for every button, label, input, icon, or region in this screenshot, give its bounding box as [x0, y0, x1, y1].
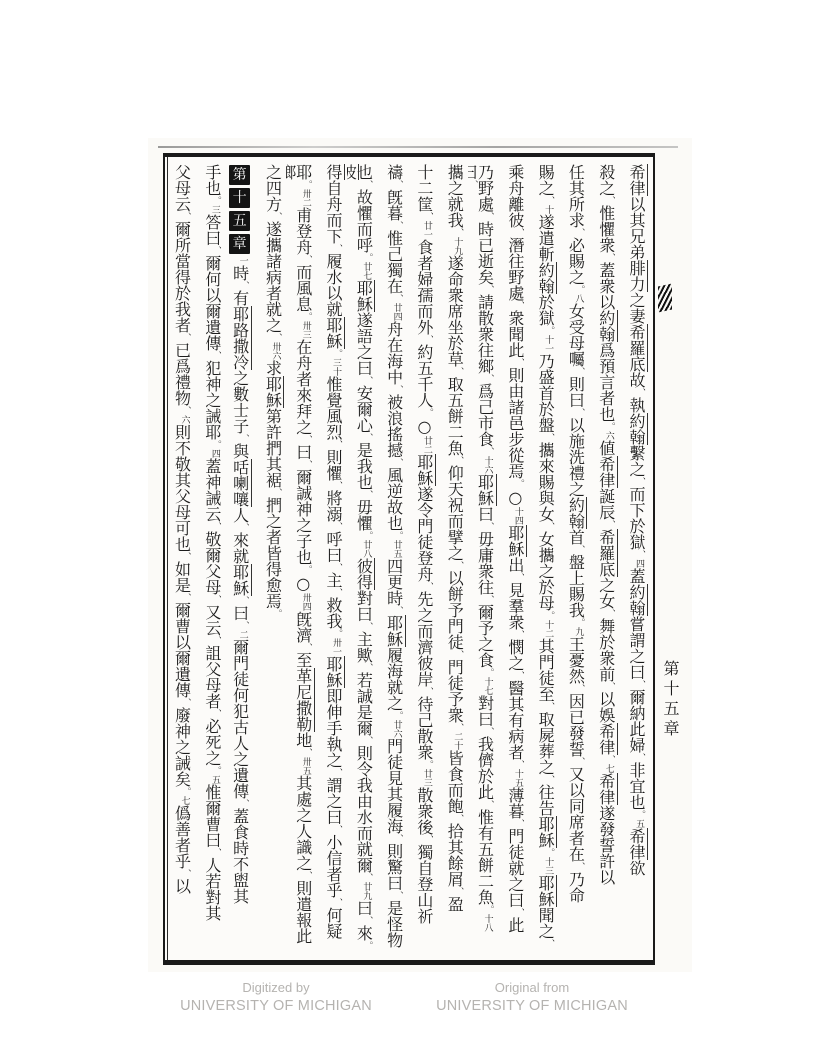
original-from-institution: UNIVERSITY OF MICHIGAN: [432, 998, 632, 1014]
text-column: 父母云、爾所當得於我者、已爲禮物、六則不敬其父母可也、如是、爾曹以爾遺傳、廢神之…: [165, 164, 195, 953]
chapter-heading-char: 五: [229, 211, 250, 231]
chapter-heading-char: 章: [229, 234, 250, 254]
text-column: 禱、旣暮、惟己獨在、廿四舟在海中、被浪搖撼、風逆故也。廿五四更時、耶穌履海就之。…: [377, 164, 407, 953]
text-column: 乃野處、時已逝矣、請散衆往鄉、爲己市食、十六耶穌曰、毋庸衆往、爾予之食。十七對曰…: [468, 164, 498, 953]
digitized-by-caption: Digitized by UNIVERSITY OF MICHIGAN: [176, 980, 376, 1014]
chapter-heading-char: 第: [229, 165, 250, 185]
text-column: 得自舟而下、履水以就耶穌。三十惟覺風烈、則懼、將溺、呼曰、主、救我。卅一耶穌即伸…: [317, 164, 347, 953]
digitized-by-institution: UNIVERSITY OF MICHIGAN: [176, 998, 376, 1014]
original-from-caption: Original from UNIVERSITY OF MICHIGAN: [432, 980, 632, 1014]
text-column: 賜之、十遂遣斬約翰於獄。十一乃盛首於盤、攜來賜與女、女攜之於母。十二其門徒至、取…: [529, 164, 559, 953]
text-column: 之四方、遂攜諸病者就之、卅六求耶穌第許捫其裾、捫之者皆得愈焉。: [256, 164, 286, 953]
original-from-line: Original from: [432, 980, 632, 995]
scan-edge-artifact: [158, 146, 678, 148]
text-column: 攜之就我、十九遂命衆席坐於草、取五餅二魚、仰天祝而擘之、以餅予門徒、門徒予衆、二…: [438, 164, 468, 953]
text-column: 殺之、惟懼衆、蓋衆以約翰爲預言者也。六値希律誕辰、希羅底之女、舞於衆前、以娛希律…: [589, 164, 619, 953]
text-column: 乘舟離彼、潛往野處、衆聞此、則由諸邑步從焉。○十四耶穌出、見羣衆、憫之、醫其有病…: [499, 164, 529, 953]
text-columns: 希律以其兄弟腓力之妻希羅底故、執約翰繫之、而下於獄、四蓋約翰嘗謂之曰、爾納此婦、…: [169, 164, 650, 953]
text-column: 耶。卅二甫登舟、而風息。卅三在舟者來拜之、曰、爾誠神之子也。○卅四旣濟、至革尼撒…: [286, 164, 316, 953]
margin-ornament-icon: [658, 284, 672, 313]
text-column: 手也。三答曰、爾何以爾遺傳、犯神之誡耶。四蓋神誡云、敬爾父母、又云、詛父母者、必…: [196, 164, 226, 953]
text-column: 希律以其兄弟腓力之妻希羅底故、執約翰繫之、而下於獄、四蓋約翰嘗謂之曰、爾納此婦、…: [620, 164, 650, 953]
chapter-margin-label: 第十五章: [659, 660, 682, 740]
text-column: 第十五章一時、有耶路撒冷之數士子、與咶喇嚷人、來就耶穌、曰、二爾門徒何犯古人之遺…: [226, 164, 256, 953]
text-column: 任其所求、必賜之。八女受母囑、則曰、以施洗禮之約翰首、盤上賜我。九王憂然、因已發…: [559, 164, 589, 953]
text-column: 也、故懼而呼。廿七耶穌遂語之曰、安爾心、是我也、毋懼。廿八彼得對曰、主歟、若誠是…: [347, 164, 377, 953]
page-frame: 希律以其兄弟腓力之妻希羅底故、執約翰繫之、而下於獄、四蓋約翰嘗謂之曰、爾納此婦、…: [163, 153, 655, 965]
text-column: 十二筐、廿一食者婦孺而外、約五千人。○廿二耶穌遂令門徒登舟、先之而濟彼岸、待己散…: [408, 164, 438, 953]
chapter-heading-char: 十: [229, 188, 250, 208]
digitized-by-line: Digitized by: [176, 980, 376, 995]
